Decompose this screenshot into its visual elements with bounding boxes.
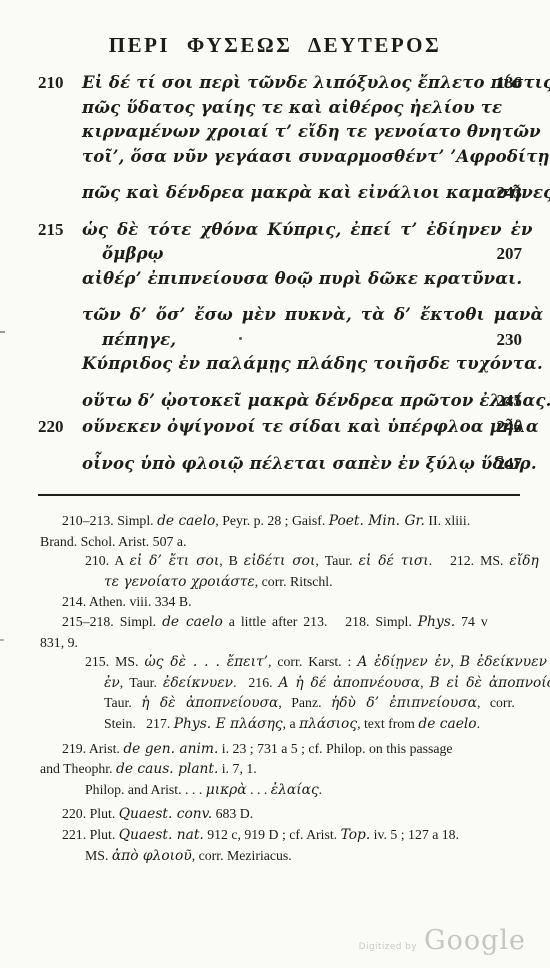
footnote-text-segment: , Panz. (278, 695, 331, 710)
footnote-line: 219. Arist. de gen. anim. i. 23 ; 731 a … (40, 739, 512, 760)
verse-text: πῶς ὕδατος γαίης τε καὶ αἰθέρος ἠελίου τ… (82, 96, 522, 121)
footnote-text-segment: de caelo (157, 513, 215, 529)
verse-text: τοῖ’, ὅσα νῦν γεγάασι συναρμοσθέντ’ ’Αφρ… (82, 145, 522, 170)
footnote-line: 215. MS. ὡς δὲ . . . ἔπειτ’, corr. Karst… (40, 652, 512, 673)
footnote-text-segment: Philop. and Arist. . . . (85, 782, 206, 797)
verse-text: Κύπριδος ἐν παλάμῃς πλάδης τοιῆσδε τυχόν… (82, 352, 522, 377)
footnote-line: and Theophr. de caus. plant. i. 7, 1. (40, 759, 512, 780)
footnote-text-segment: ἐλαίας (271, 782, 319, 798)
footnote-text-segment: de gen. anim. (123, 741, 218, 757)
verse-line: 210Εἰ δέ τί σοι περὶ τῶνδε λιπόξυλος ἔπλ… (38, 71, 522, 96)
footnote-text-segment: , Peyr. p. 28 ; Gaisf. (215, 513, 328, 528)
footnote-text-segment: , (450, 654, 459, 669)
footnote-line: 210–213. Simpl. de caelo, Peyr. p. 28 ; … (40, 511, 512, 532)
footnote-text-segment: 219. Arist. (62, 741, 123, 756)
footnote-text-segment: 683 D. (212, 806, 253, 821)
verse-text: ὡς δὲ τότε χθόνα Κύπρις, ἐπεί τ’ ἐδίηνεν… (82, 218, 522, 243)
footnote-text-segment: i. 7, 1. (218, 761, 256, 776)
footnote-text-segment: 221. Plut. (62, 827, 119, 842)
footnote-text-segment: and Theophr. (40, 761, 116, 776)
verse-line: 220οὕνεκεν ὀψίγονοί τε σίδαι καὶ ὑπέρφλο… (38, 415, 522, 440)
verse-text: κιρναμένων χροιαί τ’ εἴδη τε γενοίατο θν… (82, 120, 522, 145)
footnote-text-segment: Stein. 217. (104, 716, 174, 731)
footnote-text-segment: B ἐδείκνυεν (460, 654, 547, 670)
verse-line: τῶν δ’ ὅσ’ ἔσω μὲν πυκνὰ, τὰ δ’ ἔκτοθι μ… (38, 303, 522, 328)
verse-number: 220 (38, 415, 64, 440)
footnote-text-segment: πλάσιος (299, 716, 357, 732)
verse-ref-number: 243 (497, 181, 523, 206)
footnote-line: Brand. Schol. Arist. 507 a. (40, 532, 512, 552)
footnote-text-segment: 210–213. Simpl. (62, 513, 157, 528)
footnote-text-segment: Taur. (104, 695, 141, 710)
verse-text: αἰθέρ’ ἐπιπνείουσα θοῷ πυρὶ δῶκε κρατῦνα… (82, 267, 522, 292)
footnote-text-segment: II. xliii. (425, 513, 470, 528)
verse-line: πέπηγε,230 (38, 328, 522, 353)
footnote-text-segment: 210. A (85, 553, 129, 568)
verse-number: 215 (38, 218, 64, 243)
footnote-line: ἐν, Taur. ἐδείκνυεν. 216. A ἡ δέ ἀποπνέο… (40, 673, 512, 694)
verse-ref-number: 245 (497, 389, 523, 414)
verse-text: Εἰ δέ τί σοι περὶ τῶνδε λιπόξυλος ἔπλετο… (82, 71, 522, 96)
verse-line: αἰθέρ’ ἐπιπνείουσα θοῷ πυρὶ δῶκε κρατῦνα… (38, 267, 522, 292)
footnote-text-segment: i. 23 ; 731 a 5 ; cf. Philop. on this pa… (218, 741, 452, 756)
scan-speck (0, 639, 4, 641)
footnote-text-segment: , (420, 675, 429, 690)
footnote-line: 214. Athen. viii. 334 B. (40, 592, 512, 612)
footnote-text-segment: . 212. MS. (429, 553, 510, 568)
footnote-line: 215–218. Simpl. de caelo a little after … (40, 612, 512, 633)
footnote-text-segment: a little after 213. 218. Simpl. (223, 614, 418, 629)
verse-ref-number: 207 (497, 242, 523, 267)
footnote-line: Taur. ἡ δὲ ἀποπνείουσα, Panz. ἡδὺ δ’ ἐπι… (40, 693, 512, 714)
footnote-text-segment: εἰ δ’ ἔτι σοι (129, 553, 219, 569)
footnote-text-segment: ἡδὺ δ’ ἐπιπνείουσα (331, 695, 477, 711)
footnote-text-segment: Quaest. nat. (119, 827, 204, 843)
footnote-text-segment: Top. (341, 827, 371, 843)
verse-text: ὄμβρῳ (102, 242, 522, 267)
footnotes-block: 210–213. Simpl. de caelo, Peyr. p. 28 ; … (40, 511, 512, 866)
footnote-text-segment: , Taur. (315, 553, 358, 568)
verse-line: πῶς ὕδατος γαίης τε καὶ αἰθέρος ἠελίου τ… (38, 96, 522, 121)
verse-text: πῶς καὶ δένδρεα μακρὰ καὶ εἰνάλιοι καμασ… (82, 181, 522, 206)
footnote-text-segment: . . . (247, 782, 271, 797)
footnote-text-segment: . 216. (233, 675, 278, 690)
footnote-text-segment: Poet. Min. Gr. (329, 513, 425, 529)
scan-speck (239, 337, 242, 340)
footnote-text-segment: 912 c, 919 D ; cf. Arist. (204, 827, 341, 842)
footnote-text-segment: 74 v (455, 614, 488, 629)
footnote-text-segment: ὡς δὲ . . . ἔπειτ’ (144, 654, 268, 670)
verse-line: τοῖ’, ὅσα νῦν γεγάασι συναρμοσθέντ’ ’Αφρ… (38, 145, 522, 170)
verse-text: τῶν δ’ ὅσ’ ἔσω μὲν πυκνὰ, τὰ δ’ ἔκτοθι μ… (82, 303, 522, 328)
footnote-text-segment: , a (283, 716, 299, 731)
footnote-text-segment: , Taur. (120, 675, 163, 690)
footnote-text-segment: ἐδείκνυεν (163, 675, 233, 691)
verse-ref-number: 230 (497, 328, 523, 353)
footnote-text-segment: A ἡ δέ ἀποπνέουσα (279, 675, 421, 691)
footnote-text-segment: εἴδη (509, 553, 538, 569)
verse-text: πέπηγε, (102, 328, 522, 353)
footnote-text-segment: . (477, 716, 480, 731)
footnote-line: 221. Plut. Quaest. nat. 912 c, 919 D ; c… (40, 825, 512, 846)
footnote-text-segment: εἰδέτι σοι (244, 553, 316, 569)
footnote-text-segment: Phys. E πλάσης (174, 716, 283, 732)
scan-speck (0, 331, 5, 333)
footnote-text-segment: , B (219, 553, 244, 568)
footnote-text-segment: ἡ δὲ ἀποπνείουσα (141, 695, 278, 711)
footnote-text-segment: εἰ δέ τισι (359, 553, 429, 569)
footnote-text-segment: Brand. Schol. Arist. 507 a. (40, 534, 186, 549)
footnote-text-segment: A ἐδίῃνεν ἐν (357, 654, 450, 670)
footnote-line: MS. ἀπὸ φλοιοῦ, corr. Meziriacus. (40, 846, 512, 867)
verse-line: οἶνος ὑπὸ φλοιῷ πέλεται σαπὲν ἐν ξύλῳ ὕδ… (38, 452, 522, 477)
scanned-book-page: { "page": { "background": "#fafaf7", "in… (0, 0, 550, 968)
footnote-text-segment: de caelo (162, 614, 223, 630)
verse-line: Κύπριδος ἐν παλάμῃς πλάδης τοιῆσδε τυχόν… (38, 352, 522, 377)
footnote-divider (38, 494, 520, 496)
footnote-line: Stein. 217. Phys. E πλάσης, a πλάσιος, t… (40, 714, 512, 735)
footnote-text-segment: , corr. (477, 695, 515, 710)
footnote-text-segment: Quaest. conv. (119, 806, 212, 822)
verse-line: κιρναμένων χροιαί τ’ εἴδη τε γενοίατο θν… (38, 120, 522, 145)
verse-line: ὄμβρῳ207 (38, 242, 522, 267)
footnote-text-segment: . (319, 782, 322, 797)
page-title: ΠΕΡΙ ΦΥΣΕΩΣ ΔΕΥΤΕΡΟΣ (0, 33, 550, 58)
verse-number: 210 (38, 71, 64, 96)
footnote-line: τε γενοίατο χροιάστε, corr. Ritschl. (40, 572, 512, 593)
footnote-text-segment: ἐν (104, 675, 120, 691)
footnote-text-segment: iv. 5 ; 127 a 18. (370, 827, 459, 842)
digitized-by-label: Digitized by (359, 942, 417, 952)
footnote-text-segment: 831, 9. (40, 635, 78, 650)
verse-text: οὕτω δ’ ᾠοτοκεῖ μακρὰ δένδρεα πρῶτον ἐλα… (82, 389, 522, 414)
verse-line: οὕτω δ’ ᾠοτοκεῖ μακρὰ δένδρεα πρῶτον ἐλα… (38, 389, 522, 414)
footnote-text-segment: μικρὰ (206, 782, 247, 798)
footnote-text-segment: ἀπὸ φλοιοῦ (112, 848, 192, 864)
google-watermark: Digitized by Google (359, 925, 526, 956)
verse-ref-number: 247 (497, 452, 523, 477)
verse-text: οἶνος ὑπὸ φλοιῷ πέλεται σαπὲν ἐν ξύλῳ ὕδ… (82, 452, 522, 477)
footnote-text-segment: , corr. Meziriacus. (192, 848, 292, 863)
verse-ref-number: 246 (497, 415, 523, 440)
footnote-text-segment: de caus. plant. (116, 761, 218, 777)
footnote-text-segment: B εἰ δὲ ἀποπνοίουσα (430, 675, 550, 691)
verse-ref-number: 136 (497, 71, 523, 96)
footnote-text-segment: Phys. (418, 614, 455, 630)
footnote-text-segment: 215. MS. (85, 654, 144, 669)
footnote-line: 831, 9. (40, 633, 512, 653)
footnote-text-segment: 220. Plut. (62, 806, 119, 821)
footnote-text-segment: MS. (85, 848, 112, 863)
footnote-line: Philop. and Arist. . . . μικρὰ . . . ἐλα… (40, 780, 512, 801)
footnote-text-segment: , text from (357, 716, 418, 731)
verse-line: 215ὡς δὲ τότε χθόνα Κύπρις, ἐπεί τ’ ἐδίη… (38, 218, 522, 243)
footnote-text-segment: 215–218. Simpl. (62, 614, 162, 629)
footnote-text-segment: , corr. Karst. : (268, 654, 357, 669)
footnote-line: 220. Plut. Quaest. conv. 683 D. (40, 804, 512, 825)
footnote-text-segment: τε γενοίατο χροιάστε (104, 574, 255, 590)
footnote-text-segment: 214. Athen. viii. 334 B. (62, 594, 192, 609)
verse-block: 210Εἰ δέ τί σοι περὶ τῶνδε λιπόξυλος ἔπλ… (38, 71, 522, 476)
verse-text: οὕνεκεν ὀψίγονοί τε σίδαι καὶ ὑπέρφλοα μ… (82, 415, 522, 440)
google-logo: Google (424, 925, 526, 956)
footnote-text-segment: de caelo (418, 716, 476, 732)
verse-line: πῶς καὶ δένδρεα μακρὰ καὶ εἰνάλιοι καμασ… (38, 181, 522, 206)
footnote-text-segment: , corr. Ritschl. (255, 574, 333, 589)
footnote-line: 210. A εἰ δ’ ἔτι σοι, B εἰδέτι σοι, Taur… (40, 551, 512, 572)
